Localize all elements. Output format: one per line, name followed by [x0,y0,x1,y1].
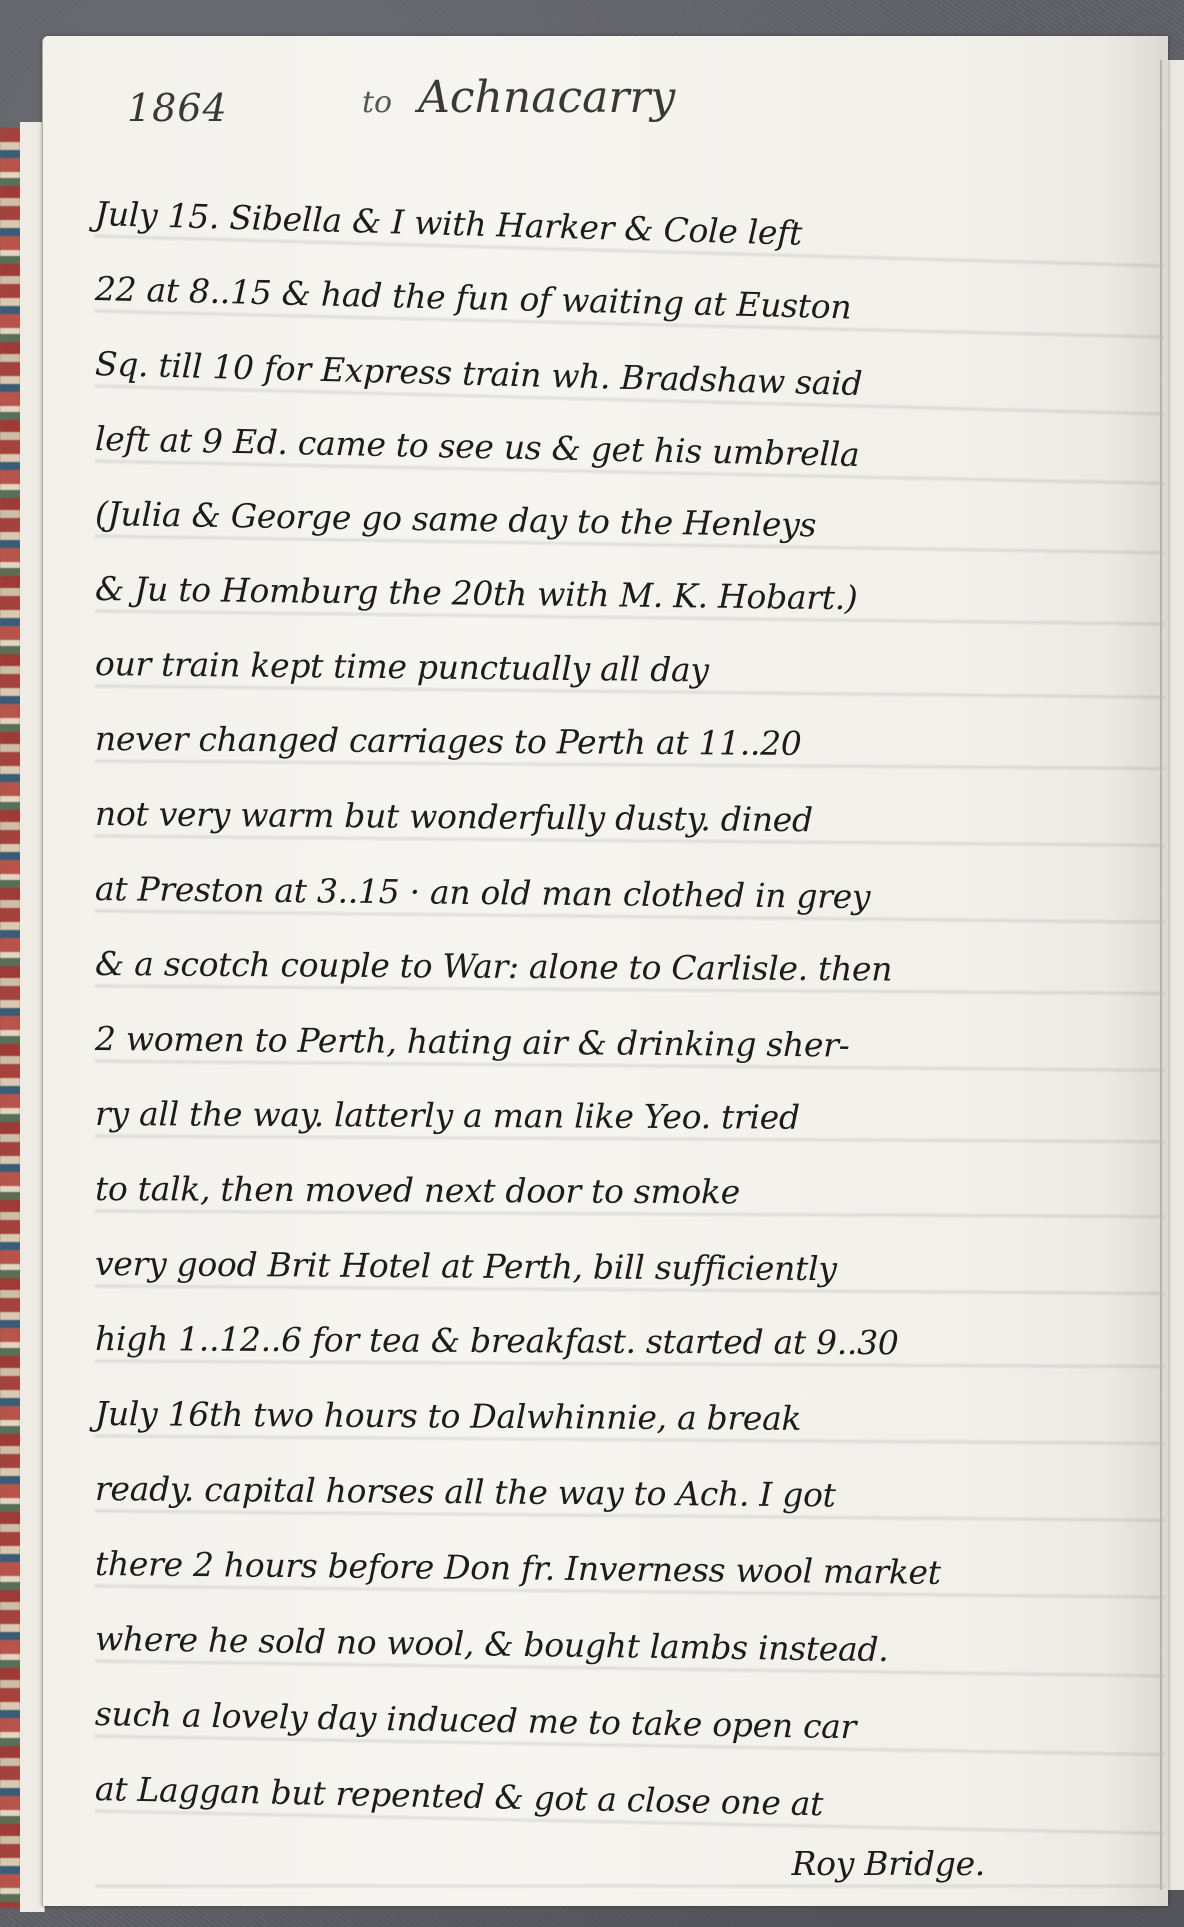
text-line: to talk, then moved next door to smoke [95,1151,1184,1232]
text-line: & Ju to Homburg the 20th with M. K. Hoba… [95,551,1184,639]
text-line: ready. capital horses all the way to Ach… [95,1451,1184,1536]
text-line: & a scotch couple to War: alone to Carli… [95,926,1184,1009]
text-line: July 16th two hours to Dalwhinnie, a bre… [95,1376,1184,1459]
text-line: not very warm but wonderfully dusty. din… [95,776,1184,861]
diary-page: 1864 toAchnacarry July 15. Sibella & I w… [42,36,1168,1906]
diary-text: July 15. Sibella & I with Harker & Cole … [95,176,1184,1901]
page-year: 1864 [127,86,228,130]
text-line: ry all the way. latterly a man like Yeo.… [95,1076,1184,1157]
text-line: high 1..12..6 for tea & breakfast. start… [95,1301,1184,1382]
book-gutter [1160,60,1162,1890]
text-line: at Preston at 3..15 · an old man clothed… [95,851,1184,937]
heading-place: Achnacarry [418,72,675,123]
text-line: 2 women to Perth, hating air & drinking … [95,1001,1184,1086]
text-line: our train kept time punctually all day [95,626,1184,712]
page-heading: toAchnacarry [362,72,675,123]
text-line: where he sold no wool, & bought lambs in… [94,1601,1184,1691]
marbled-endpaper [0,128,20,1908]
text-line: never changed carriages to Perth at 11..… [95,701,1184,784]
heading-prefix: to [362,85,392,120]
text-line: there 2 hours before Don fr. Inverness w… [95,1526,1184,1612]
text-line-closing: Roy Bridge. [95,1826,1184,1901]
text-line: very good Brit Hotel at Perth, bill suff… [95,1226,1184,1309]
